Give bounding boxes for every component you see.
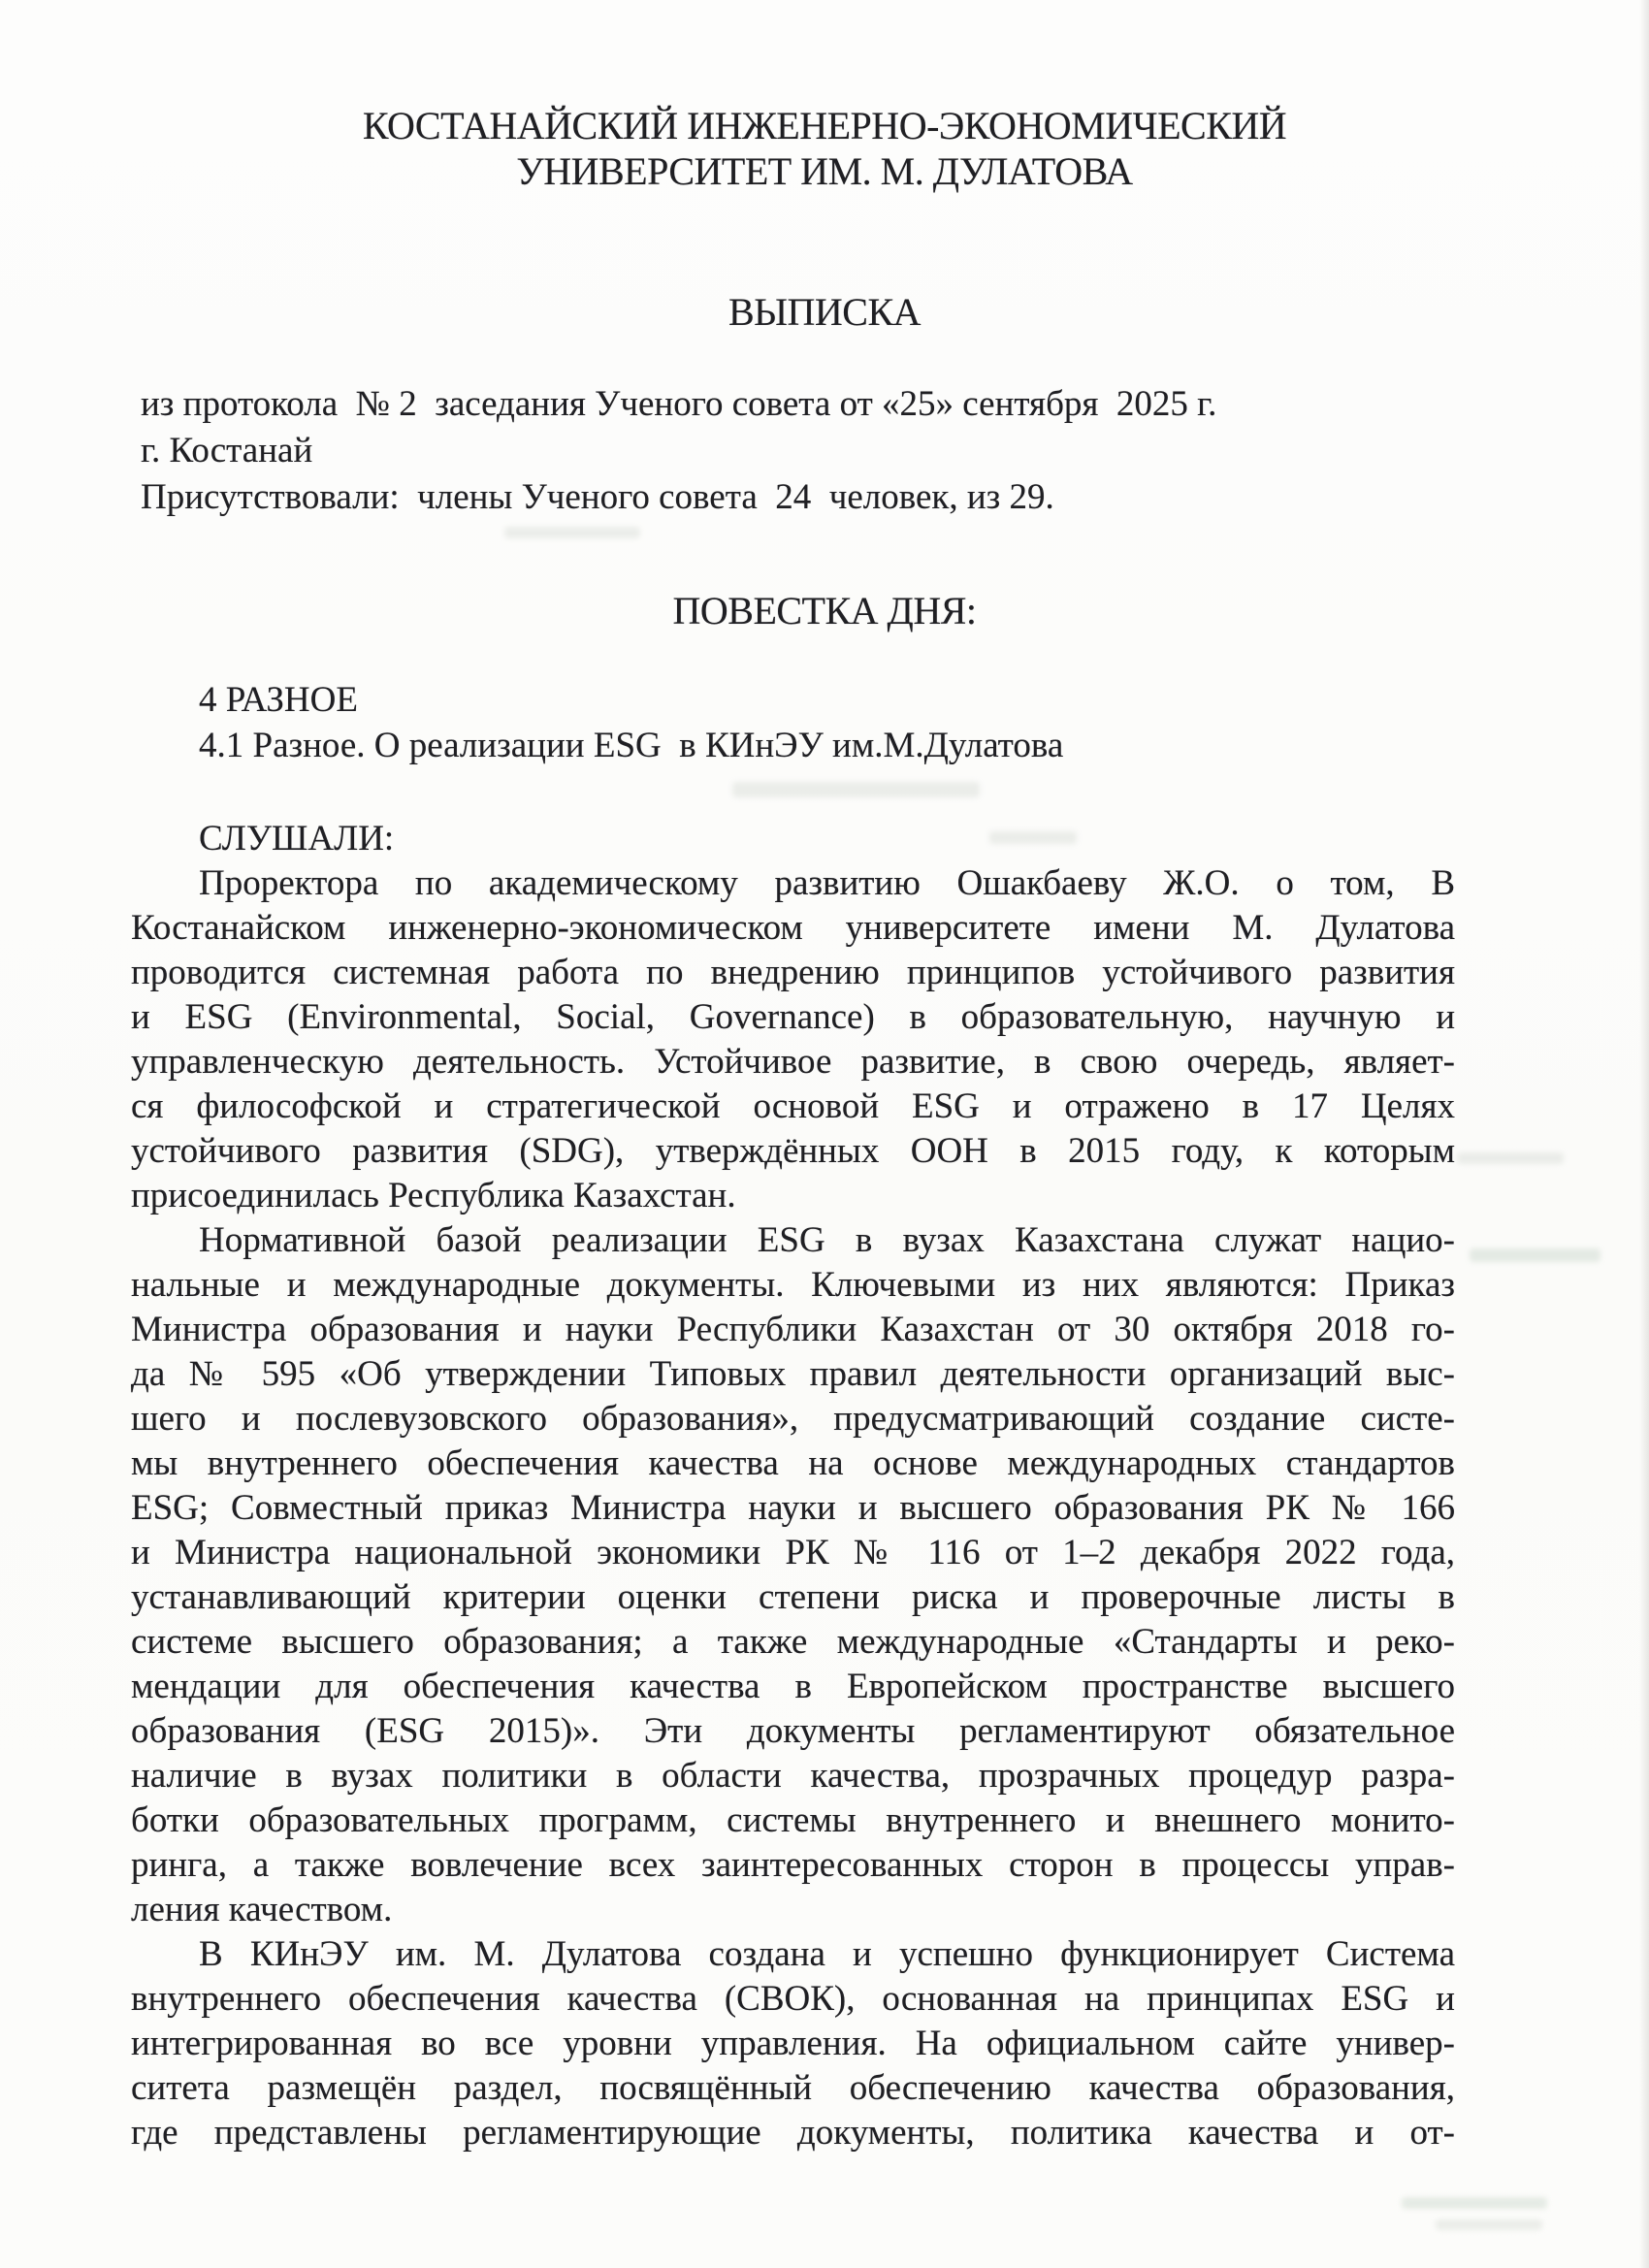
document-title: ВЫПИСКА xyxy=(0,289,1649,335)
text-line: устанавливающий критерии оценки степени … xyxy=(131,1575,1455,1620)
protocol-city: г. Костанай xyxy=(141,428,1518,474)
text-line: В КИнЭУ им. М. Дулатова создана и успешн… xyxy=(131,1932,1455,1977)
text-line: и Министра национальной экономики РК № 1… xyxy=(131,1531,1455,1575)
university-name-line2: УНИВЕРСИТЕТ ИМ. М. ДУЛАТОВА xyxy=(0,148,1649,194)
text-line: Проректора по академическому развитию Ош… xyxy=(131,861,1455,906)
text-line: и ESG (Environmental, Social, Governance… xyxy=(131,995,1455,1040)
text-line: ESG; Совместный приказ Министра науки и … xyxy=(131,1486,1455,1531)
scan-artifact xyxy=(1436,2219,1542,2230)
text-line: мендации для обеспечения качества в Евро… xyxy=(131,1665,1455,1709)
text-line: интегрированная во все уровни управления… xyxy=(131,2022,1455,2066)
text-line: где представлены регламентирующие докуме… xyxy=(131,2111,1455,2155)
university-name-line1: КОСТАНАЙСКИЙ ИНЖЕНЕРНО-ЭКОНОМИЧЕСКИЙ xyxy=(0,103,1649,148)
university-header: КОСТАНАЙСКИЙ ИНЖЕНЕРНО-ЭКОНОМИЧЕСКИЙ УНИ… xyxy=(0,103,1649,194)
text-line: системе высшего образования; а также меж… xyxy=(131,1620,1455,1665)
text-line: Костанайском инженерно-экономическом уни… xyxy=(131,906,1455,951)
text-line: ления качеством. xyxy=(131,1888,1455,1932)
agenda-item-4-1: 4.1 Разное. О реализации ESG в КИнЭУ им.… xyxy=(131,723,1455,768)
scan-artifact xyxy=(504,527,640,538)
text-line: наличие в вузах политики в области качес… xyxy=(131,1754,1455,1798)
text-line: ся философской и стратегической основой … xyxy=(131,1085,1455,1129)
scan-artifact xyxy=(1470,1248,1600,1262)
scan-artifact xyxy=(989,831,1077,844)
scan-edge xyxy=(1639,0,1649,2268)
scan-artifact xyxy=(1457,1152,1564,1164)
text-line: ситета размещён раздел, посвящённый обес… xyxy=(131,2066,1455,2111)
text-line: проводится системная работа по внедрению… xyxy=(131,951,1455,995)
scanned-document-page: КОСТАНАЙСКИЙ ИНЖЕНЕРНО-ЭКОНОМИЧЕСКИЙ УНИ… xyxy=(0,0,1649,2268)
body-paragraphs: Проректора по академическому развитию Ош… xyxy=(131,861,1455,2155)
text-line: ботки образовательных программ, системы … xyxy=(131,1798,1455,1843)
scan-artifact xyxy=(1402,2197,1547,2209)
protocol-attendees: Присутствовали: члены Ученого совета 24 … xyxy=(141,474,1518,521)
text-line: ринга, а также вовлечение всех заинтерес… xyxy=(131,1843,1455,1888)
scan-artifact xyxy=(732,782,980,797)
agenda-title: ПОВЕСТКА ДНЯ: xyxy=(0,588,1649,633)
text-line: устойчивого развития (SDG), утверждённых… xyxy=(131,1129,1455,1174)
heard-label: СЛУШАЛИ: xyxy=(131,817,1455,861)
protocol-info: из протокола № 2 заседания Ученого совет… xyxy=(141,381,1518,521)
text-line: мы внутреннего обеспечения качества на о… xyxy=(131,1442,1455,1486)
agenda-items: 4 РАЗНОЕ 4.1 Разное. О реализации ESG в … xyxy=(131,677,1455,768)
text-line: нальные и международные документы. Ключе… xyxy=(131,1263,1455,1308)
text-line: внутреннего обеспечения качества (СВОК),… xyxy=(131,1977,1455,2022)
heard-section: СЛУШАЛИ: Проректора по академическому ра… xyxy=(131,817,1455,2155)
text-line: образования (ESG 2015)». Эти документы р… xyxy=(131,1709,1455,1754)
text-line: да № 595 «Об утверждении Типовых правил … xyxy=(131,1352,1455,1397)
paragraph: Проректора по академическому развитию Ош… xyxy=(131,861,1455,1218)
text-line: Министра образования и науки Республики … xyxy=(131,1308,1455,1352)
agenda-item-4: 4 РАЗНОЕ xyxy=(131,677,1455,723)
paragraph: В КИнЭУ им. М. Дулатова создана и успешн… xyxy=(131,1932,1455,2155)
protocol-line: из протокола № 2 заседания Ученого совет… xyxy=(141,381,1518,428)
text-line: шего и послевузовского образования», пре… xyxy=(131,1397,1455,1442)
text-line: Нормативной базой реализации ESG в вузах… xyxy=(131,1218,1455,1263)
text-line: присоединилась Республика Казахстан. xyxy=(131,1174,1455,1218)
text-line: управленческую деятельность. Устойчивое … xyxy=(131,1040,1455,1085)
paragraph: Нормативной базой реализации ESG в вузах… xyxy=(131,1218,1455,1932)
